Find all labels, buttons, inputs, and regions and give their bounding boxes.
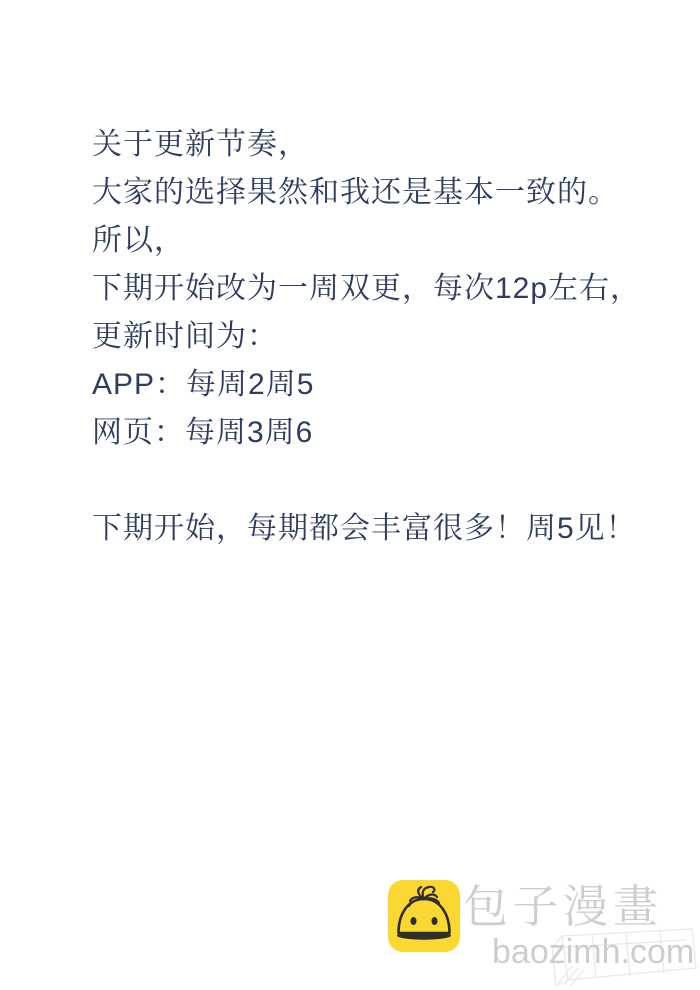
site-url: baozimh.com xyxy=(492,933,694,971)
text-line: 大家的选择果然和我还是基本一致的。 xyxy=(92,169,672,217)
comic-page: 关于更新节奏， 大家的选择果然和我还是基本一致的。 所以， 下期开始改为一周双更… xyxy=(0,0,700,990)
text-line: 下期开始改为一周双更，每次12p左右， xyxy=(92,265,672,313)
text-line: 所以， xyxy=(92,217,672,265)
text-line: 网页：每周3周6 xyxy=(92,409,672,457)
site-name: 包子漫畫 xyxy=(463,883,663,931)
stamp-outline xyxy=(548,926,698,988)
text-line: 更新时间为： xyxy=(92,313,672,361)
text-line: APP：每周2周5 xyxy=(92,361,672,409)
announcement-text: 关于更新节奏， 大家的选择果然和我还是基本一致的。 所以， 下期开始改为一周双更… xyxy=(92,121,672,553)
baozi-bun-icon xyxy=(388,880,460,952)
text-line: 下期开始，每期都会丰富很多！周5见！ xyxy=(92,505,672,553)
text-line: 关于更新节奏， xyxy=(92,121,672,169)
